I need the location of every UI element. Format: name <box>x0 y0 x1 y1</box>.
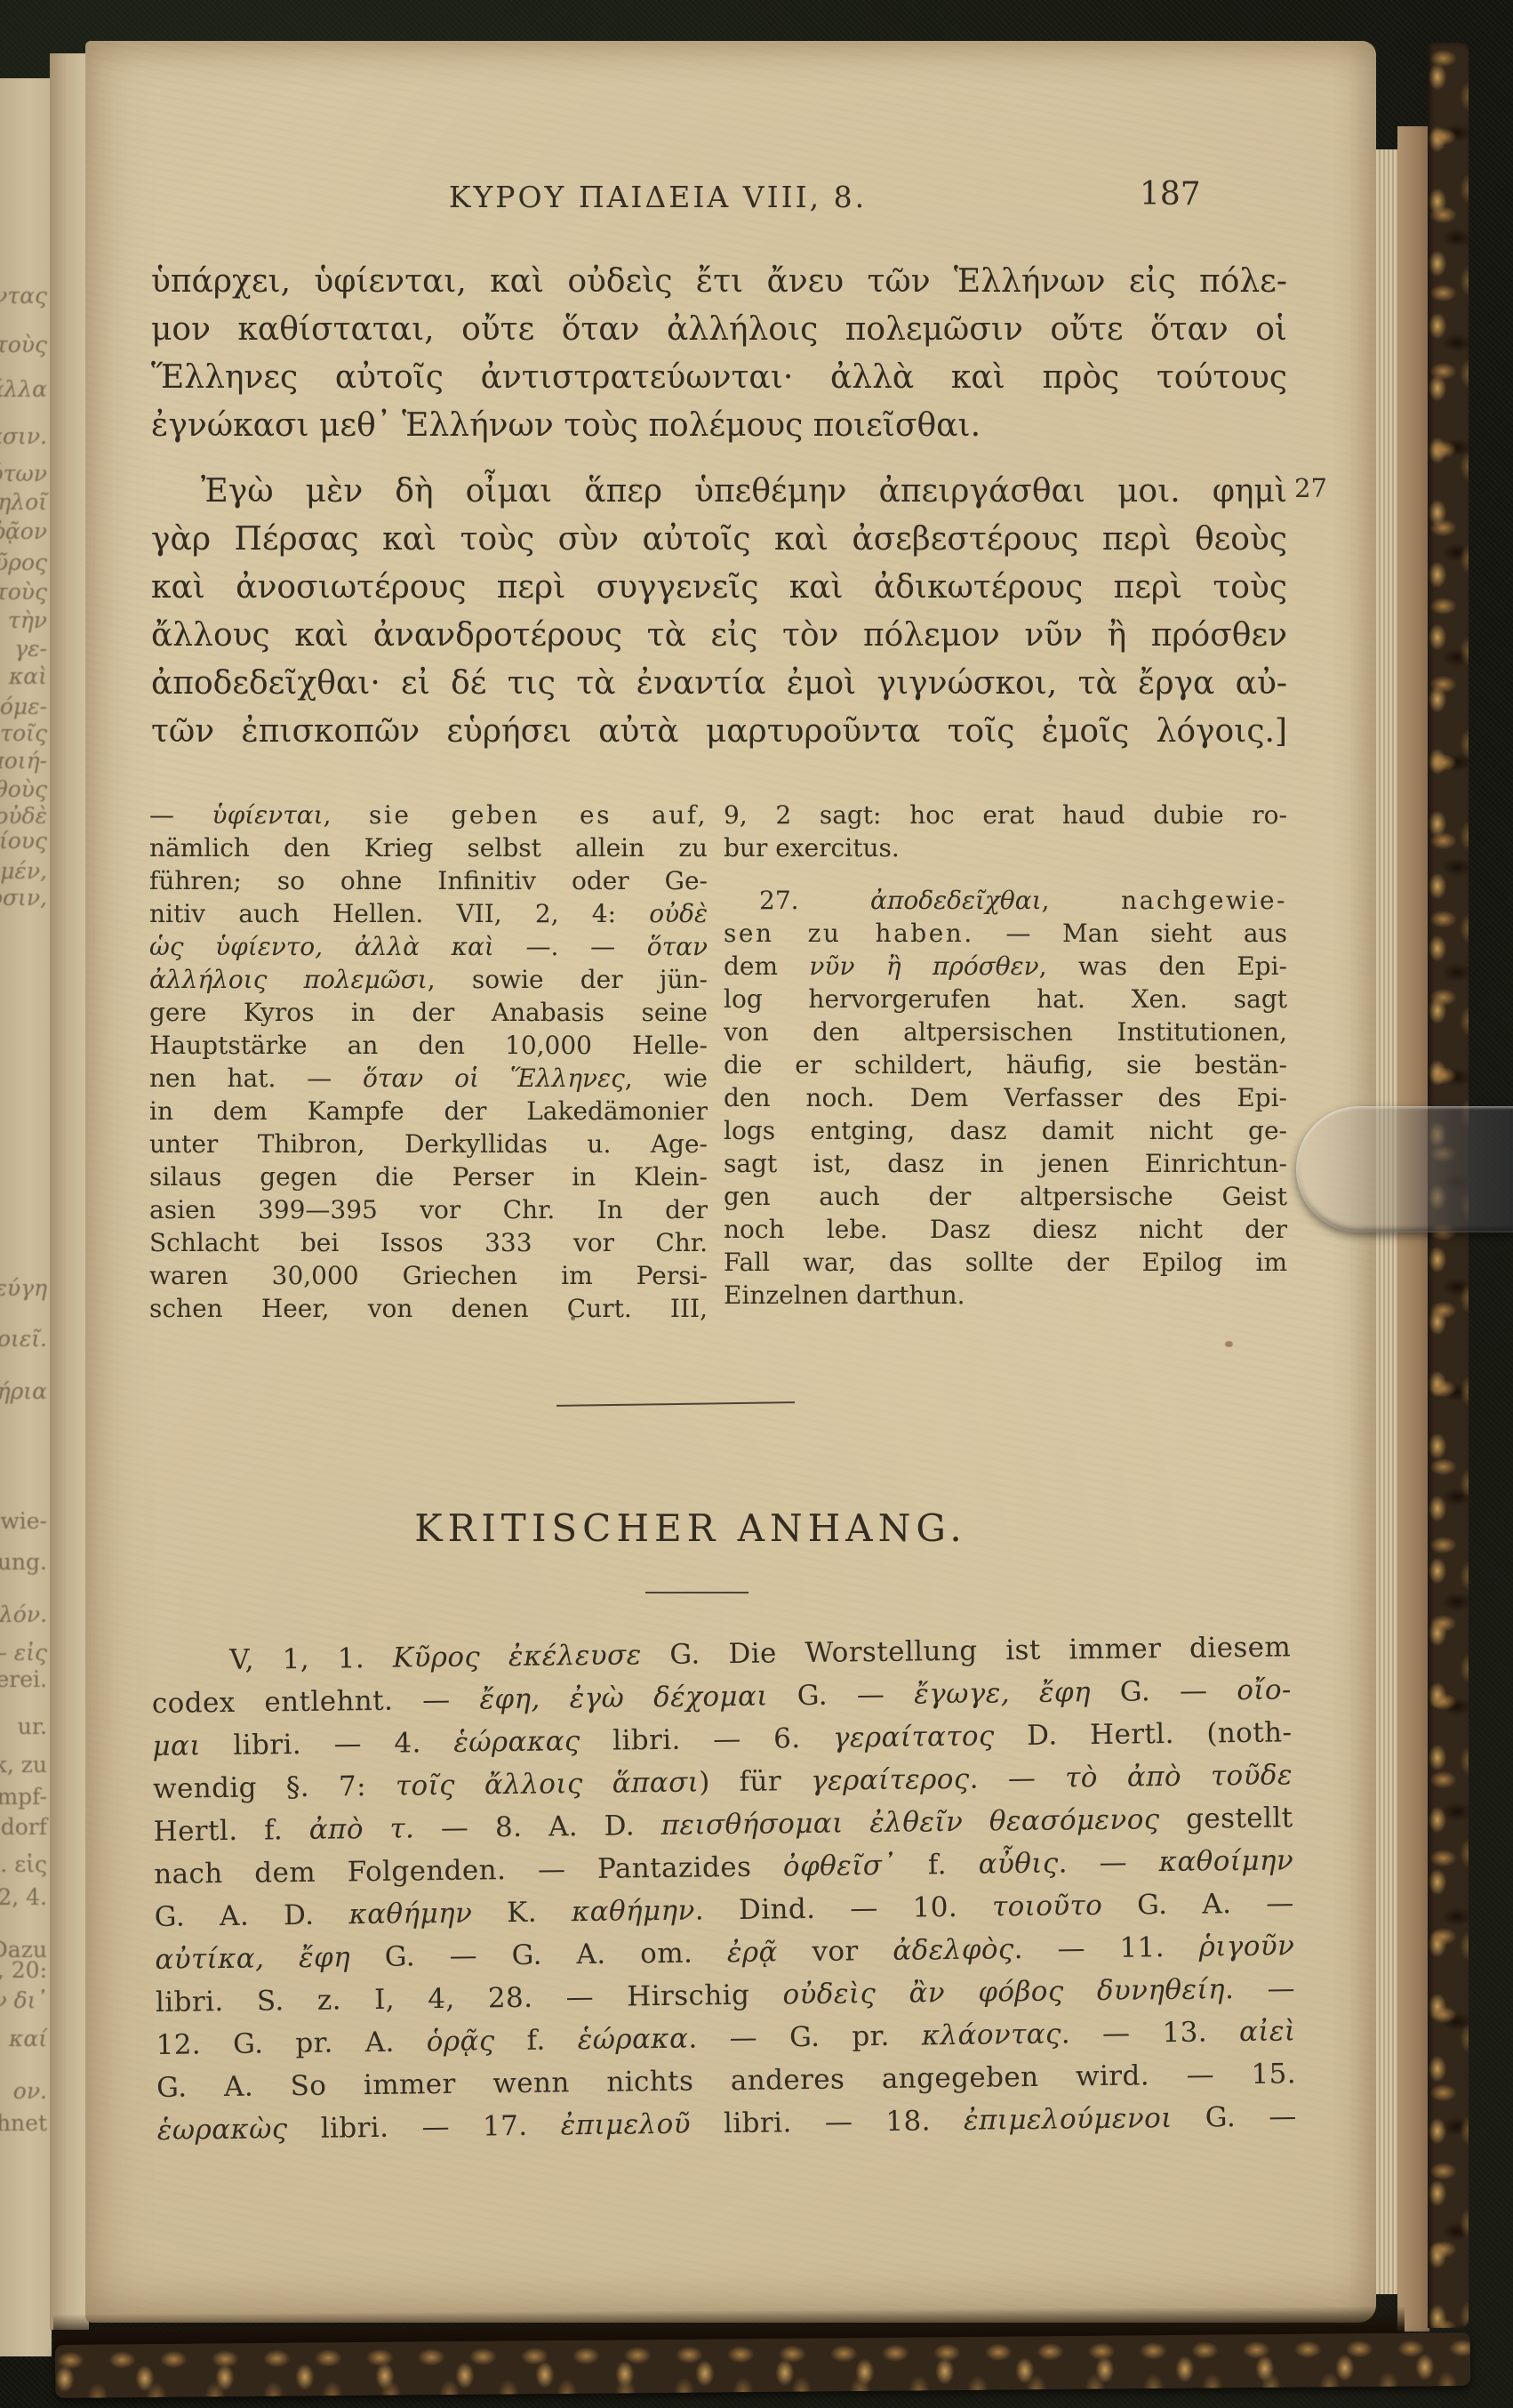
paper-fleck <box>571 1316 575 1320</box>
text-line: γὰρ Πέρσας καὶ τοὺς σὺν αὐτοῖς καὶ ἀσεβε… <box>151 516 1287 564</box>
text-line: waren 30,000 Griechen im Persi- <box>149 1259 708 1292</box>
kritischer-anhang-heading: KRITISCHER ANHANG. <box>151 1506 1230 1550</box>
marginalia-fragment: δηλοῖ <box>0 491 47 513</box>
divider-rule <box>556 1401 795 1407</box>
marginalia-fragment: θέντας <box>0 285 47 307</box>
text-line: ἀποδεδεῖχθαι· εἰ δέ τις τὰ ἐναντία ἐμοὶ … <box>151 660 1287 708</box>
text-line: in dem Kampfe der Lakedämonier <box>149 1095 708 1128</box>
text-line: asien 399—395 vor Chr. In der <box>149 1193 708 1226</box>
page-number: 187 <box>1140 176 1201 213</box>
text-line: — ὑφίενται, sie geben es auf, <box>149 799 708 831</box>
marginalia-fragment: οὐδὲ <box>0 805 47 827</box>
critical-apparatus-text: V, 1, 1. Κῦρος ἐκέλευσε G. Die Worstellu… <box>151 1625 1297 2152</box>
book-scan-photo: θένταςαὶ τοὺςὰ ἄλλαήκασιν.τούτωνδηλοῖῥᾷο… <box>0 0 1513 2408</box>
marginalia-fragment: chnet <box>0 2112 47 2134</box>
text-line: schen Heer, von denen Curt. III, <box>149 1292 708 1325</box>
text-line: ἀλλήλοις πολεμῶσι, sowie der jün- <box>149 963 708 996</box>
text-line: ἐγνώκασι μεθ᾽ Ἑλλήνων τοὺς πολέμους ποιε… <box>151 402 1287 450</box>
book-page: ΚΥΡΟΥ ΠΑΙΔΕΙΑ VIII, 8. 187 ὑπάρχει, ὑφίε… <box>85 41 1376 2323</box>
commentary-entry: 9, 2 sagt: hoc erat haud dubie ro-bur ex… <box>724 799 1287 864</box>
marginalia-fragment: ῥᾷον <box>0 520 47 542</box>
section-number: 27 <box>1294 473 1327 503</box>
marginalia-fragment: καὶ <box>9 665 47 687</box>
marginalia-fragment: στήρια <box>0 1380 47 1402</box>
text-line: log hervorgerufen hat. Xen. sagt <box>724 983 1287 1015</box>
commentary-left-column: — ὑφίενται, sie geben es auf,nämlich den… <box>149 799 708 1325</box>
marginalia-fragment: καλόν. <box>0 1603 47 1625</box>
text-line: Einzelnen darthun. <box>724 1279 1287 1312</box>
marginalia-fragment: — εἰς <box>0 1641 47 1664</box>
text-line: 27. ἀποδεδεῖχθαι, nachgewie- <box>724 884 1287 917</box>
book-gutter-shadow <box>50 53 89 2330</box>
text-line: Fall war, das sollte der Epilog im <box>724 1246 1287 1279</box>
text-line: Ἕλληνες αὐτοῖς ἀντιστρατεύωνται· ἀλλὰ κα… <box>151 354 1287 402</box>
marginalia-fragment: γε- <box>14 638 47 660</box>
marginalia-fragment: kampf- <box>0 1786 47 1808</box>
marginalia-fragment: τοὺς <box>0 581 47 603</box>
text-line: ὡς ὑφίεντο, ἀλλὰ καὶ —. — ὅταν <box>149 930 708 963</box>
text-line: sagt ist, dasz in jenen Einrichtun- <box>724 1147 1287 1180</box>
commentary-right-column: 9, 2 sagt: hoc erat haud dubie ro-bur ex… <box>724 799 1287 1312</box>
text-line: logs entging, dasz damit nicht ge- <box>724 1114 1287 1147</box>
marginalia-fragment: spielerei. <box>0 1668 47 1690</box>
text-line: gen auch der altpersische Geist <box>724 1180 1287 1213</box>
text-line: bur exercitus. <box>724 831 1287 864</box>
marginalia-fragment: ὶ καί <box>0 2027 47 2050</box>
marginalia-fragment: 8, 20: <box>0 1959 47 1981</box>
marginalia-fragment: γε τοῖς <box>0 722 47 744</box>
text-line: gere Kyros in der Anabasis seine <box>149 996 708 1029</box>
greek-main-text: ὑπάρχει, ὑφίενται, καὶ οὐδεὶς ἔτι ἄνευ τ… <box>151 258 1287 756</box>
paper-fleck <box>1225 1341 1233 1347</box>
marginalia-fragment: όμε- <box>0 695 47 718</box>
text-line: ὑπάρχει, ὑφίενται, καὶ οὐδεὶς ἔτι ἄνευ τ… <box>151 258 1287 306</box>
marginalia-fragment: Dindorf <box>0 1816 47 1838</box>
marginalia-fragment: ζεύγη <box>0 1277 47 1299</box>
text-line: Schlacht bei Issos 333 vor Chr. <box>149 1226 708 1259</box>
commentary-entry: 27. ἀποδεδεῖχθαι, nachgewie-sen zu haben… <box>724 884 1287 1312</box>
text-line: 9, 2 sagt: hoc erat haud dubie ro- <box>724 799 1287 831</box>
text-line: nitiv auch Hellen. VII, 2, 4: οὐδὲ <box>149 897 708 930</box>
marginalia-fragment: τούτων <box>0 462 47 485</box>
marginalia-fragment: Κῦρος <box>0 551 47 574</box>
marginalia-fragment: ὶν δι᾽ <box>0 1989 47 2011</box>
text-line: καὶ ἀνοσιωτέρους περὶ συγγενεῖς καὶ ἀδικ… <box>151 564 1287 612</box>
marginalia-fragment: ὰ ἄλλα <box>0 378 47 400</box>
text-line: die er schildert, häufig, sie bestän- <box>724 1048 1287 1081</box>
text-line: nen hat. — ὅταν οἱ Ἕλληνες, wie <box>149 1062 708 1095</box>
marginalia-fragment: ἀγαθοὺς <box>0 778 47 800</box>
marginalia-fragment: ἐποιή- <box>0 750 47 772</box>
text-line: unter Thibron, Derkyllidas u. Age- <box>149 1128 708 1160</box>
text-line: nämlich den Krieg selbst allein zu <box>149 831 708 864</box>
text-line: Ἐγὼ μὲν δὴ οἶμαι ἅπερ ὑπεθέμην ἀπειργάσθ… <box>151 468 1287 516</box>
text-line: dem νῦν ἢ πρόσθεν, was den Epi- <box>724 950 1287 983</box>
text-line: von den altpersischen Institutionen, <box>724 1015 1287 1048</box>
marginalia-fragment: μέν, <box>0 860 47 882</box>
marginalia-fragment: wie- <box>0 1510 47 1532</box>
marginalia-fragment: reibung. <box>0 1551 47 1573</box>
text-line: noch lebe. Dasz diesz nicht der <box>724 1213 1287 1246</box>
text-line: führen; so ohne Infinitiv oder Ge- <box>149 864 708 897</box>
marginalia-fragment: d. i. εἰς <box>0 1853 47 1875</box>
facing-page-edge: θένταςαὶ τοὺςὰ ἄλλαήκασιν.τούτωνδηλοῖῥᾷο… <box>0 78 52 2356</box>
marginalia-fragment: ήκασιν. <box>0 425 47 447</box>
greek-paragraph: ὑπάρχει, ὑφίενται, καὶ οὐδεὶς ἔτι ἄνευ τ… <box>151 258 1287 450</box>
marginalia-fragment: ον. <box>13 2080 47 2102</box>
marginalia-fragment: αὶ τοὺς <box>0 333 47 356</box>
text-line: sen zu haben. — Man sieht aus <box>724 917 1287 950</box>
text-line: ἄλλους καὶ ἀνανδροτέρους τὰ εἰς τὸν πόλε… <box>151 612 1287 660</box>
transparent-page-holder-tab <box>1296 1106 1513 1232</box>
marginalia-fragment: ὁμοίους <box>0 830 47 852</box>
marginalia-fragment: πτουσιν, <box>0 887 47 909</box>
marginalia-fragment: I, 2, 4. <box>0 1886 47 1908</box>
marginalia-fragment: ur. <box>18 1715 47 1738</box>
text-line: den noch. Dem Verfasser des Epi- <box>724 1081 1287 1114</box>
marginalia-fragment: eck, zu <box>0 1754 47 1776</box>
text-line: τῶν ἐπισκοπῶν εὑρήσει αὐτὰ μαρτυροῦντα τ… <box>151 708 1287 756</box>
text-line: μον καθίσταται, οὔτε ὅταν ἀλλήλοις πολεμ… <box>151 306 1287 354</box>
marginalia-fragment: ποιεῖ. <box>0 1328 47 1350</box>
marginalia-fragment: τὴν <box>8 609 47 631</box>
text-line: Hauptstärke an den 10,000 Helle- <box>149 1029 708 1062</box>
divider-rule <box>645 1592 748 1593</box>
text-line: silaus gegen die Perser in Klein- <box>149 1160 708 1193</box>
running-title: ΚΥΡΟΥ ΠΑΙΔΕΙΑ VIII, 8. <box>391 180 925 214</box>
greek-paragraph: Ἐγὼ μὲν δὴ οἶμαι ἅπερ ὑπεθέμην ἀπειργάσθ… <box>151 468 1287 756</box>
